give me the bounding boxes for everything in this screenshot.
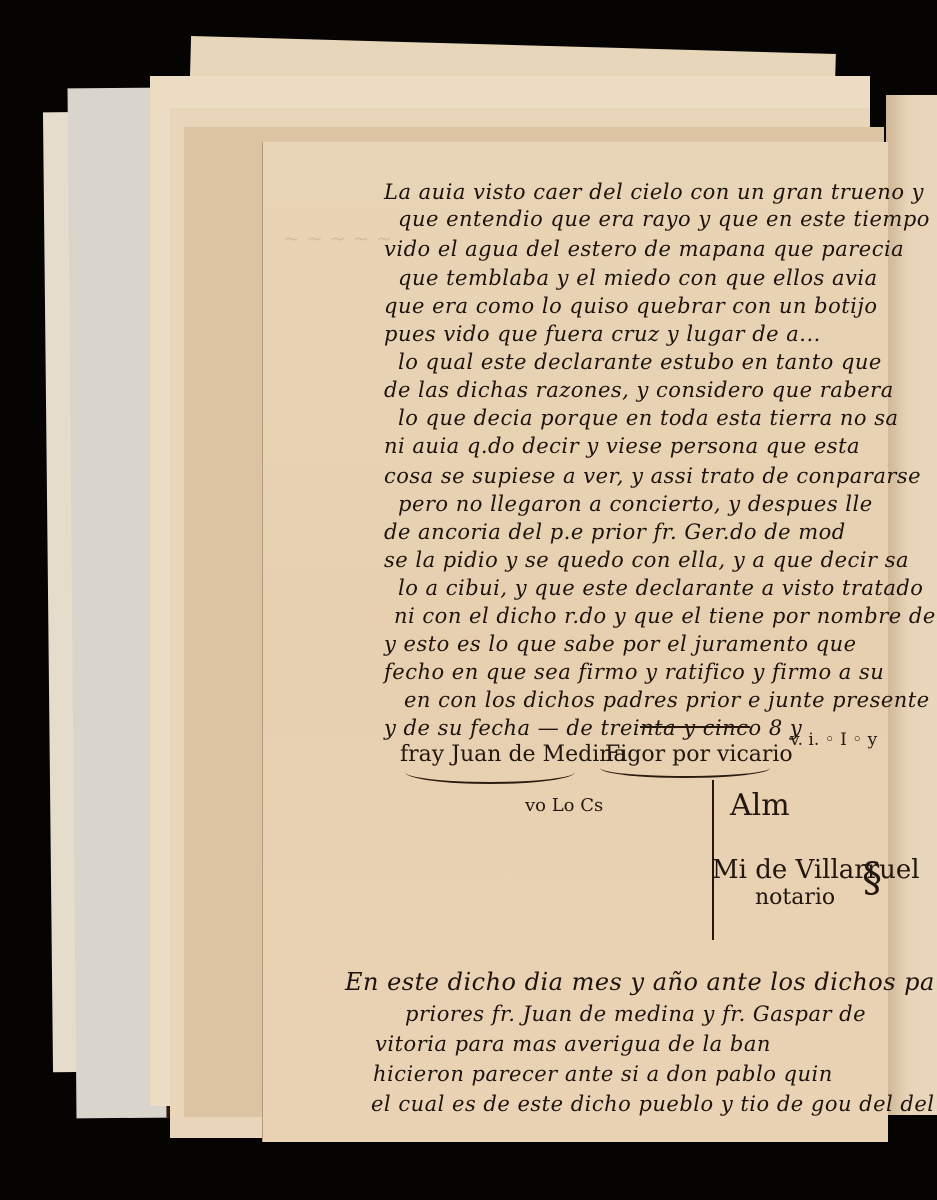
text-line: vido el agua del estero de mapana que pa… [384, 237, 904, 261]
text-line: En este dicho dia mes y año ante los dic… [345, 968, 935, 996]
notary-title: notario [755, 885, 835, 910]
text-line: en con los dichos padres prior e junte p… [404, 688, 930, 712]
text-line: ni auia q.do decir y viese persona que e… [384, 434, 860, 458]
text-line: cosa se supiese a ver, y assi trato de c… [384, 464, 921, 488]
text-line: pero no llegaron a concierto, y despues … [398, 492, 873, 516]
text-line: lo qual este declarante estubo en tanto … [398, 350, 882, 374]
text-line: que entendio que era rayo y que en este … [398, 207, 930, 231]
notary-name: Mi de Villarruel [712, 855, 920, 885]
text-line: de las dichas razones, y considero que r… [384, 378, 894, 402]
text-line: que era como lo quiso quebrar con un bot… [384, 294, 878, 318]
text-line: La auia visto caer del cielo con un gran… [384, 180, 924, 204]
text-line: se la pidio y se quedo con ella, y a que… [384, 548, 909, 572]
text-line: el cual es de este dicho pueblo y tio de… [371, 1092, 935, 1116]
abbreviation-mark: v. i. ◦ I ◦ y [790, 730, 877, 750]
text-line: fecho en que sea firmo y ratifico y firm… [384, 660, 884, 684]
text-line: pues vido que fuera cruz y lugar de a... [384, 322, 821, 346]
text-line: de ancoria del p.e prior fr. Ger.do de m… [384, 520, 846, 544]
text-line: lo que decia porque en toda esta tierra … [398, 406, 899, 430]
text-line: priores fr. Juan de medina y fr. Gaspar … [405, 1002, 866, 1026]
text-line: ni con el dicho r.do y que el tiene por … [394, 604, 936, 628]
signature-rubric-below: vo Lo Cs [525, 795, 603, 816]
signature-flourish [405, 760, 575, 784]
bleed-through-text: ~ ~ ~ ~ ~ [283, 222, 392, 254]
text-line: lo a cibui, y que este declarante a vist… [398, 576, 923, 600]
text-line: y esto es lo que sabe por el juramento q… [384, 632, 857, 656]
text-line: hicieron parecer ante si a don pablo qui… [373, 1062, 833, 1086]
text-line: y de su fecha — de treinta y cinco 8 y [384, 716, 802, 740]
notary-sign-mark: § [862, 855, 882, 901]
signature-flourish [600, 758, 770, 778]
signature-rule [640, 726, 750, 728]
text-line: que temblaba y el miedo con que ellos av… [398, 266, 878, 290]
signature-alm: Alm [730, 788, 790, 823]
text-line: vitoria para mas averigua de la ban [375, 1032, 771, 1056]
